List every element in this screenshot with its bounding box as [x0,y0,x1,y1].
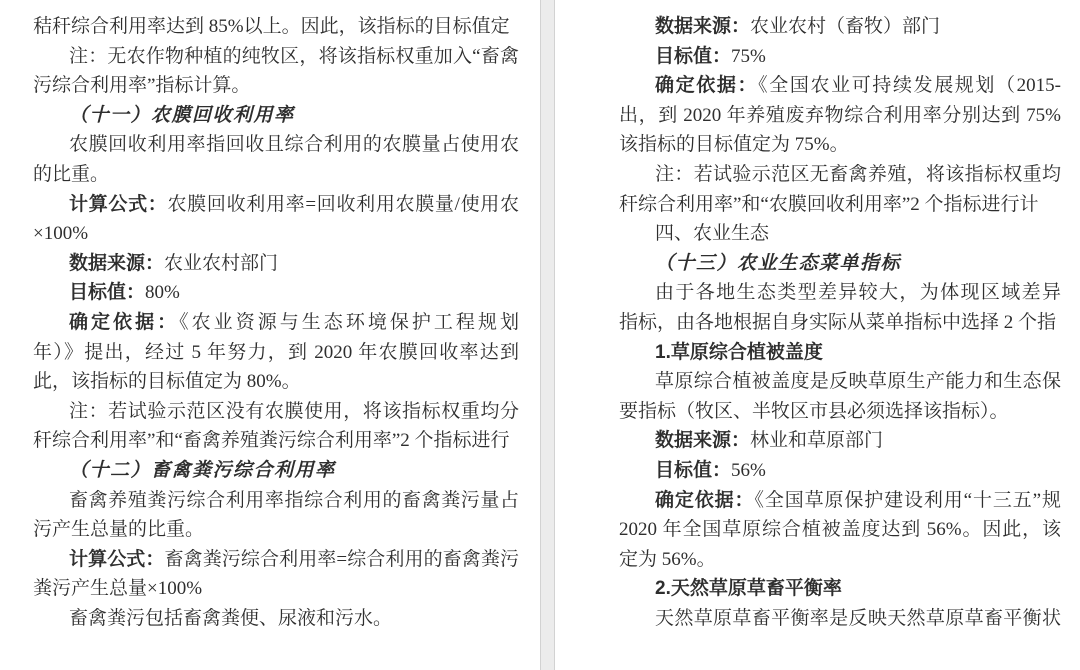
text-line: 确定依据：《全国农业可持续发展规划（2015-2030 年）》提 [619,71,1061,101]
text-run: 污产生总量的比重。 [33,519,204,540]
text-line: 2.天然草原草畜平衡率 [619,574,1061,604]
section-heading: （十一）农膜回收利用率 [69,105,295,126]
text-line: 秸秆综合利用率达到 85%以上。因此，该指标的目标值定为 85%。 [33,12,519,42]
text-run: 四、农业生态 [655,223,769,244]
text-line: 注：若试验示范区没有农膜使用，将该指标权重均分后加入“秸 [33,397,519,427]
text-run: 天然草原草畜平衡率是反映天然草原草畜平衡状况（牧区、半 [655,608,1061,634]
text-run: 秸秆综合利用率达到 85%以上。因此，该指标的目标值定为 85%。 [33,16,510,42]
text-run: 80% [145,282,180,303]
text-run: 农业农村部门 [164,253,278,274]
text-line: 2020 年全国草原综合植被盖度达到 56%。因此，该指标的目标值 [619,515,1061,545]
section-heading: （十三）农业生态菜单指标 [655,253,901,274]
text-run: 草原综合植被盖度是反映草原生产能力和生态保护水平的重 [655,371,1061,397]
field-label: 目标值： [655,46,731,67]
text-line: 定为 56%。 [619,545,1061,575]
text-line: 数据来源：农业农村部门 [33,249,519,279]
text-line: 数据来源：林业和草原部门 [619,426,1061,456]
text-line: 确定依据：《农业资源与生态环境保护工程规划（2016-2020 [33,308,519,338]
text-run: 粪污产生总量×100% [33,578,202,599]
text-line: 污产生总量的比重。 [33,515,519,545]
text-run: 由于各地生态类型差异较大，为体现区域差异性，特设计菜单 [655,282,1061,308]
text-line: ×100% [33,219,519,249]
text-line: 天然草原草畜平衡率是反映天然草原草畜平衡状况（牧区、半 [619,604,1061,634]
section-heading: （十二）畜禽粪污综合利用率 [69,460,336,481]
text-run: 注：若试验示范区无畜禽养殖，将该指标权重均分后加入“秸 [655,164,1061,190]
page-right-content: 数据来源：农业农村（畜牧）部门目标值：75%确定依据：《全国农业可持续发展规划（… [555,0,1061,633]
text-line: 草原综合植被盖度是反映草原生产能力和生态保护水平的重 [619,367,1061,397]
field-label: 数据来源： [655,430,750,451]
text-run: 农膜回收利用率指回收且综合利用的农膜量占使用农膜总量 [69,134,519,160]
page-divider [540,0,555,670]
text-run: 出，到 2020 年养殖废弃物综合利用率分别达到 75%以上。因此， [619,105,1061,131]
text-line: 四、农业生态 [619,219,1061,249]
text-line: 出，到 2020 年养殖废弃物综合利用率分别达到 75%以上。因此， [619,101,1061,131]
field-label: 计算公式： [69,194,167,215]
page-right: 数据来源：农业农村（畜牧）部门目标值：75%确定依据：《全国农业可持续发展规划（… [555,0,1080,670]
text-run: 注：无农作物种植的纯牧区，将该指标权重加入“畜禽养殖粪 [69,46,519,72]
text-line: 要指标（牧区、半牧区市县必须选择该指标）。 [619,397,1061,427]
text-line: 计算公式：畜禽粪污综合利用率=综合利用的畜禽粪污量/畜禽 [33,545,519,575]
text-line: （十二）畜禽粪污综合利用率 [33,456,519,486]
text-run: 的比重。 [33,164,109,185]
text-line: 年）》提出，经过 5 年努力，到 2020 年农膜回收率达到 80%。因 [33,338,519,368]
text-run: 林业和草原部门 [750,430,883,451]
text-line: 计算公式：农膜回收利用率=回收利用农膜量/使用农膜总量 [33,190,519,220]
text-line: 数据来源：农业农村（畜牧）部门 [619,12,1061,42]
text-line: 目标值：75% [619,42,1061,72]
text-run: 56% [731,460,766,481]
text-run: 农业农村（畜牧）部门 [750,16,940,37]
text-run: 畜禽养殖粪污综合利用率指综合利用的畜禽粪污量占畜禽粪 [69,490,519,516]
text-run: 2020 年全国草原综合植被盖度达到 56%。因此，该指标的目标值 [619,519,1061,545]
field-label: 数据来源： [655,16,750,37]
document-viewer: 秸秆综合利用率达到 85%以上。因此，该指标的目标值定为 85%。注：无农作物种… [0,0,1080,670]
page-left: 秸秆综合利用率达到 85%以上。因此，该指标的目标值定为 85%。注：无农作物种… [0,0,540,670]
text-line: 目标值：80% [33,278,519,308]
text-line: 污综合利用率”指标计算。 [33,71,519,101]
text-run: 秆综合利用率”和“农膜回收利用率”2 个指标进行计算。 [619,194,1039,220]
field-label: 数据来源： [69,253,164,274]
text-line: 该指标的目标值定为 75%。 [619,130,1061,160]
text-line: （十三）农业生态菜单指标 [619,249,1061,279]
text-line: 此，该指标的目标值定为 80%。 [33,367,519,397]
text-line: 注：无农作物种植的纯牧区，将该指标权重加入“畜禽养殖粪 [33,42,519,72]
text-run: ×100% [33,223,88,244]
text-run: 畜禽粪污包括畜禽粪便、尿液和污水。 [69,608,392,629]
text-line: 农膜回收利用率指回收且综合利用的农膜量占使用农膜总量 [33,130,519,160]
text-run: 秆综合利用率”和“畜禽养殖粪污综合利用率”2 个指标进行计算。 [33,430,510,456]
text-line: 畜禽养殖粪污综合利用率指综合利用的畜禽粪污量占畜禽粪 [33,486,519,516]
field-label: 目标值： [655,460,731,481]
field-label: 确定依据： [69,312,179,333]
text-line: 由于各地生态类型差异较大，为体现区域差异性，特设计菜单 [619,278,1061,308]
text-run: 定为 56%。 [619,549,716,570]
field-label: 目标值： [69,282,145,303]
text-run: 指标，由各地根据自身实际从菜单指标中选择 2 个指标。 [619,312,1056,338]
text-line: 指标，由各地根据自身实际从菜单指标中选择 2 个指标。 [619,308,1061,338]
page-left-content: 秸秆综合利用率达到 85%以上。因此，该指标的目标值定为 85%。注：无农作物种… [0,0,519,633]
text-run: 75% [731,46,766,67]
text-line: 确定依据：《全国草原保护建设利用“十三五”规划》提出，到 [619,486,1061,516]
field-label: 确定依据： [655,490,754,511]
text-run: 年）》提出，经过 5 年努力，到 2020 年农膜回收率达到 80%。因 [33,342,519,368]
text-line: 的比重。 [33,160,519,190]
text-line: 粪污产生总量×100% [33,574,519,604]
text-run: 此，该指标的目标值定为 80%。 [33,371,301,392]
text-line: 畜禽粪污包括畜禽粪便、尿液和污水。 [33,604,519,634]
text-run: 要指标（牧区、半牧区市县必须选择该指标）。 [619,401,1009,422]
text-run: 注：若试验示范区没有农膜使用，将该指标权重均分后加入“秸 [69,401,519,427]
section-heading: 1.草原综合植被盖度 [655,342,823,363]
field-label: 确定依据： [655,75,758,96]
text-line: 秆综合利用率”和“畜禽养殖粪污综合利用率”2 个指标进行计算。 [33,426,519,456]
text-run: 该指标的目标值定为 75%。 [619,134,849,155]
section-heading: 2.天然草原草畜平衡率 [655,578,842,599]
text-line: 目标值：56% [619,456,1061,486]
field-label: 计算公式： [69,549,165,570]
text-line: 1.草原综合植被盖度 [619,338,1061,368]
text-line: （十一）农膜回收利用率 [33,101,519,131]
text-run: 污综合利用率”指标计算。 [33,75,250,96]
text-line: 秆综合利用率”和“农膜回收利用率”2 个指标进行计算。 [619,190,1061,220]
text-line: 注：若试验示范区无畜禽养殖，将该指标权重均分后加入“秸 [619,160,1061,190]
